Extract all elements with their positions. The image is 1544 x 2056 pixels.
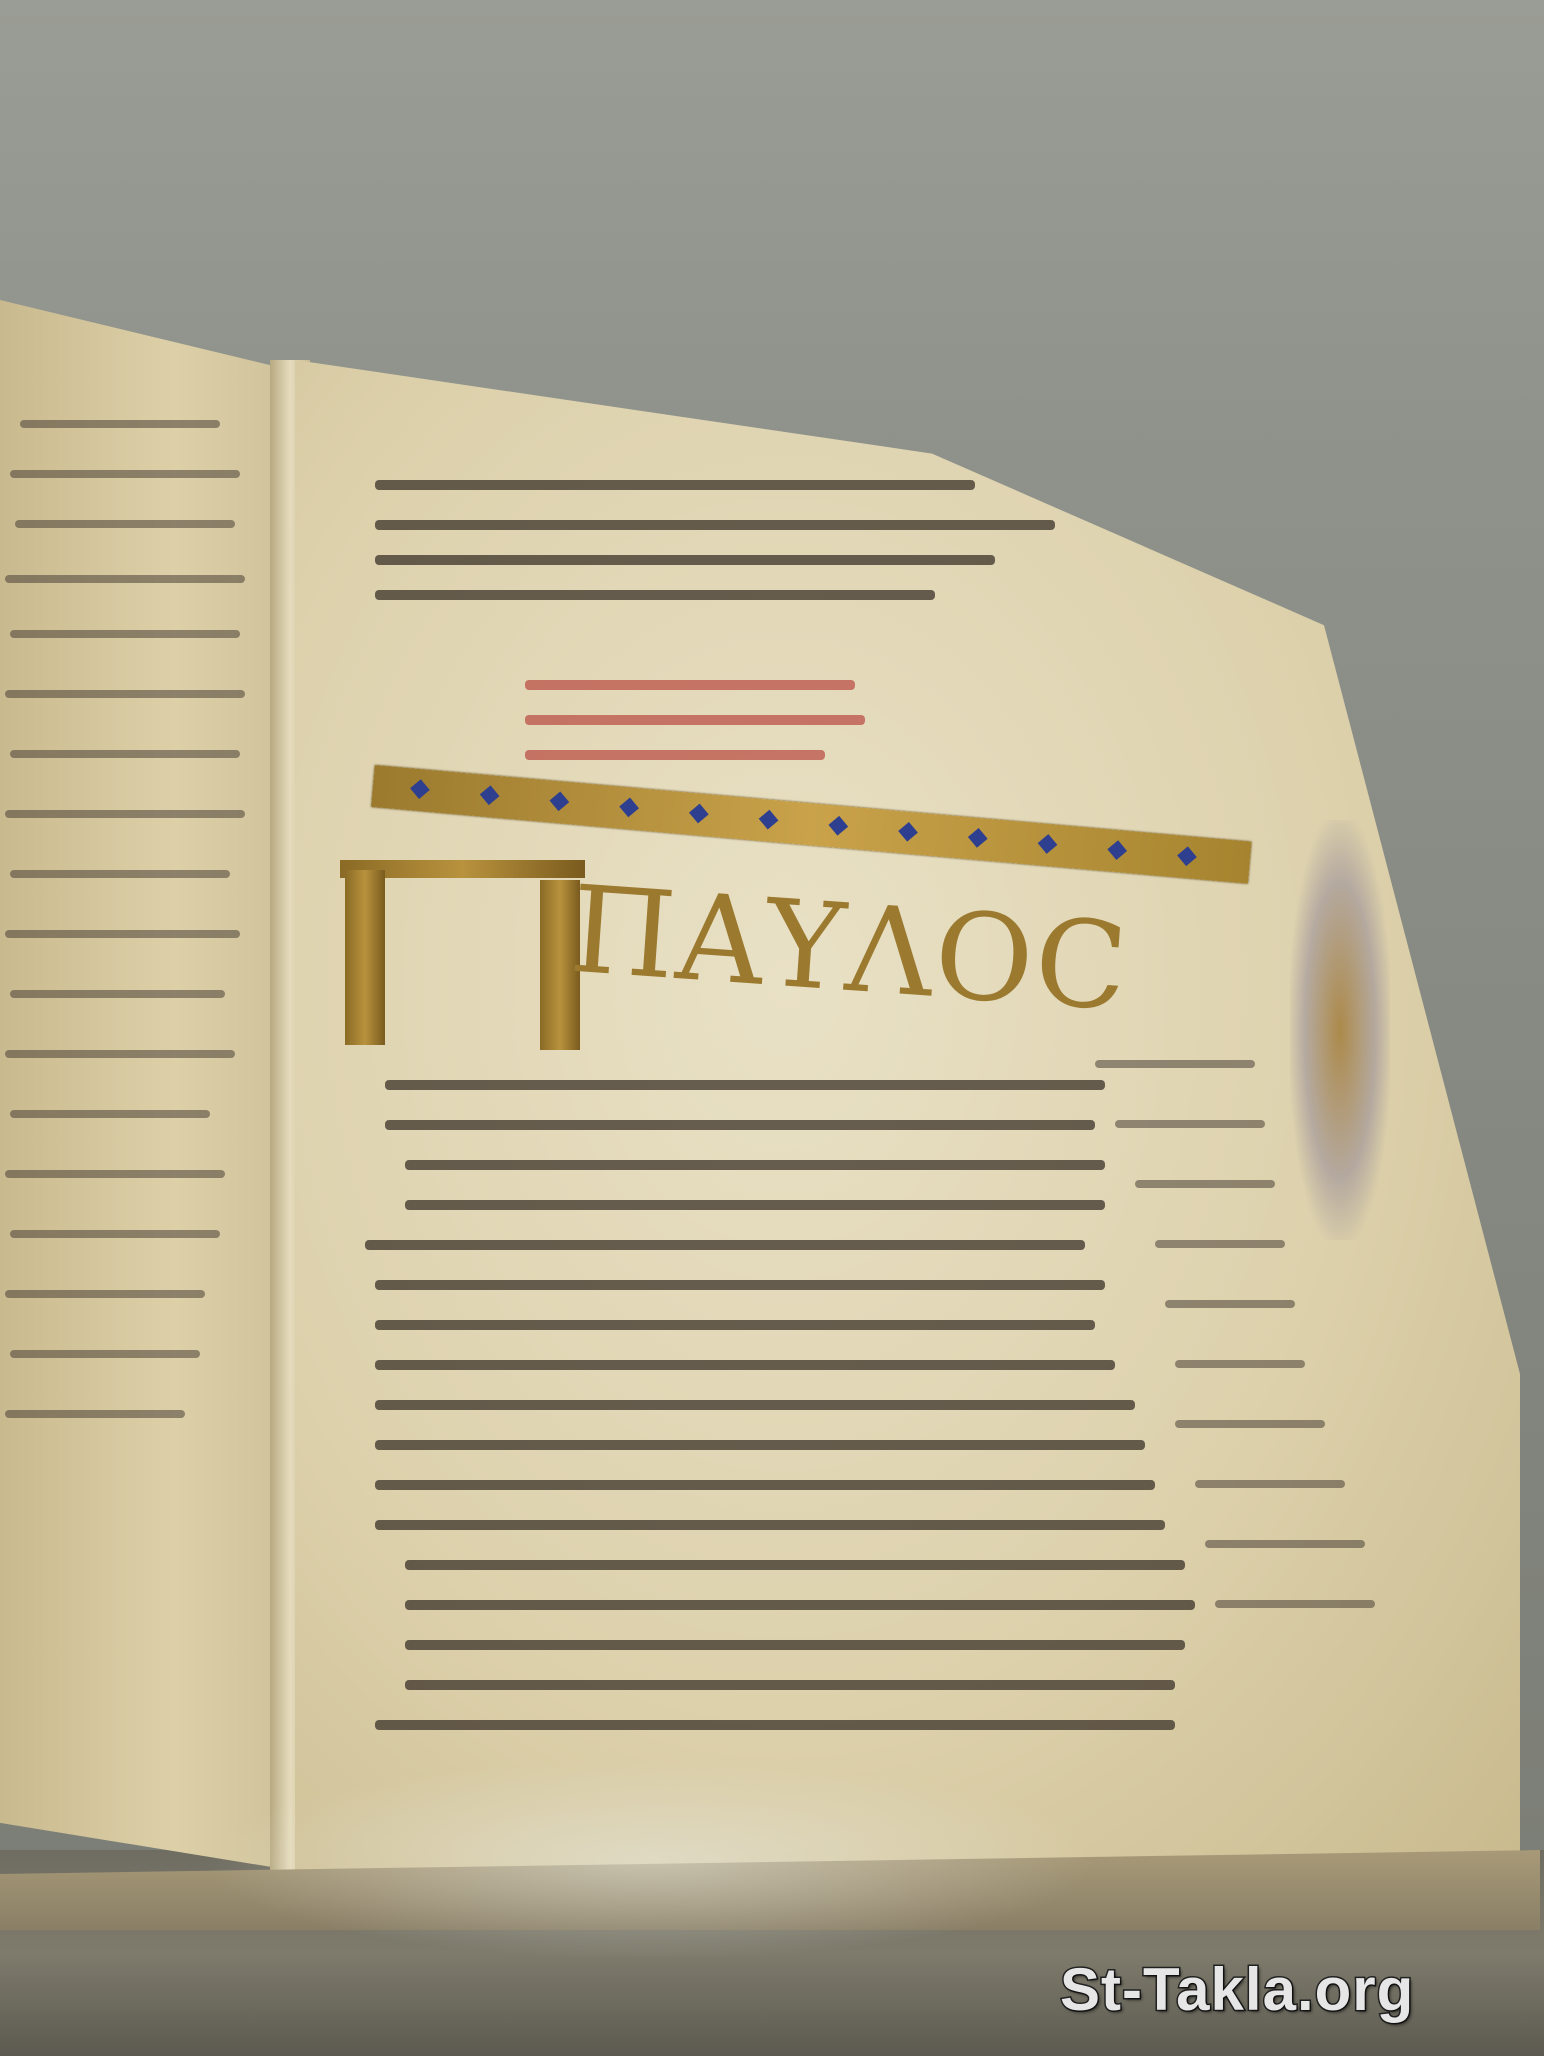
marginal-floral-ornament [1290, 820, 1390, 1240]
left-page-arabic [0, 300, 290, 1870]
illuminated-initial-pi [340, 860, 585, 1050]
glass-reflection [200, 1760, 1100, 1960]
photo-scene: ΠΑΥΛΟϹ St-Takla.org [0, 0, 1544, 2056]
watermark: St-Takla.org [1060, 1955, 1414, 2024]
